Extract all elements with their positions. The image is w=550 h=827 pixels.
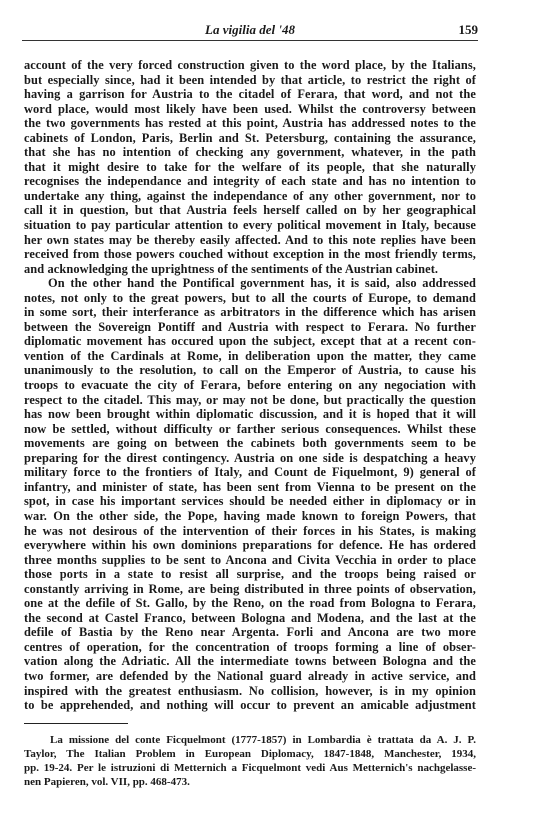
body-line: military force to the frontiers of Italy… [24,465,476,480]
body-line: vention of the Cardinals at Rome, in del… [24,349,476,364]
body-line: two former, are defended by the National… [24,669,476,684]
body-line: and acknowledging the uprightness of the… [24,262,476,277]
body-line: word place, would most likely have been … [24,102,476,117]
body-line: that she has no intention of checking an… [24,145,476,160]
body-line: situation to pay particular attention to… [24,218,476,233]
body-line: those ports in a state to resist all sur… [24,567,476,582]
body-line: her own states may be thereby easily aff… [24,233,476,248]
body-line: diplomatic movement has occured upon the… [24,334,476,349]
body-line: the two governments has rested at this p… [24,116,476,131]
body-line: centres of operation, for the concentrat… [24,640,476,655]
running-title: La vigilia del '48 [22,22,478,38]
body-line: preparing for the direst contingency. Au… [24,451,476,466]
body-line: war. On the other side, the Pope, having… [24,509,476,524]
body-line: On the other hand the Pontifical governm… [24,276,476,291]
body-line: infantry, and minister of state, has bee… [24,480,476,495]
body-line: inspired with the greatest enthusiasm. N… [24,684,476,699]
body-line: that it might desire to take for the wel… [24,160,476,175]
body-line: in some sort, their interferance as arbi… [24,305,476,320]
body-line: received from those powers couched witho… [24,247,476,262]
body-line: the second at Castel Franco, between Bol… [24,611,476,626]
body-line: three months supplies to be sent to Anco… [24,553,476,568]
page-header: La vigilia del '48 159 [22,20,478,41]
body-line: unanimously to the resolution, to call o… [24,363,476,378]
body-line: notes, not only to the great powers, but… [24,291,476,306]
body-line: defile of Bastia by the Reno near Argent… [24,625,476,640]
body-line: cabinets of London, Paris, Berlin and St… [24,131,476,146]
body-line: spot, in case his important services sho… [24,494,476,509]
body-line: everywhere within his own dominions prep… [24,538,476,553]
body-line: to be apprehended, and nothing will occu… [24,698,476,713]
footnote-divider [24,723,128,724]
body-line: having a garrison for Austria to the cit… [24,87,476,102]
body-line: one at the defile of St. Gallo, by the R… [24,596,476,611]
body-line: call it in question, but that Austria fe… [24,203,476,218]
footnote-line: La missione del conte Ficquelmont (1777-… [24,733,476,747]
footnote-line: pp. 19-24. Per le istruzioni di Metterni… [24,761,476,775]
body-line: recognises the independance and integrit… [24,174,476,189]
body-line: movements are going on between the cabin… [24,436,476,451]
body-line: respect to the citadel. This may, or may… [24,393,476,408]
footnote-line: Taylor, The Italian Problem in European … [24,747,476,761]
footnote-line: nen Papieren, vol. VII, pp. 468-473. [24,775,476,789]
body-line: undertake any thing, against the indepen… [24,189,476,204]
page-number: 159 [459,22,479,38]
body-line: constantly arriving in Rome, are being d… [24,582,476,597]
body-line: but especially since, had it been intend… [24,73,476,88]
footnotes: La missione del conte Ficquelmont (1777-… [24,733,476,789]
body-line: he was not desirous of the intervention … [24,524,476,539]
body-line: between the Sovereign Pontiff and Austri… [24,320,476,335]
body-line: has now been brought within diplomatic d… [24,407,476,422]
body-line: vation along the Adriatic. All the inter… [24,654,476,669]
body-line: troops to evacuate the city of Ferara, b… [24,378,476,393]
body-text: account of the very forced construction … [24,58,476,713]
body-line: account of the very forced construction … [24,58,476,73]
body-line: now be settled, without difficulty or fa… [24,422,476,437]
